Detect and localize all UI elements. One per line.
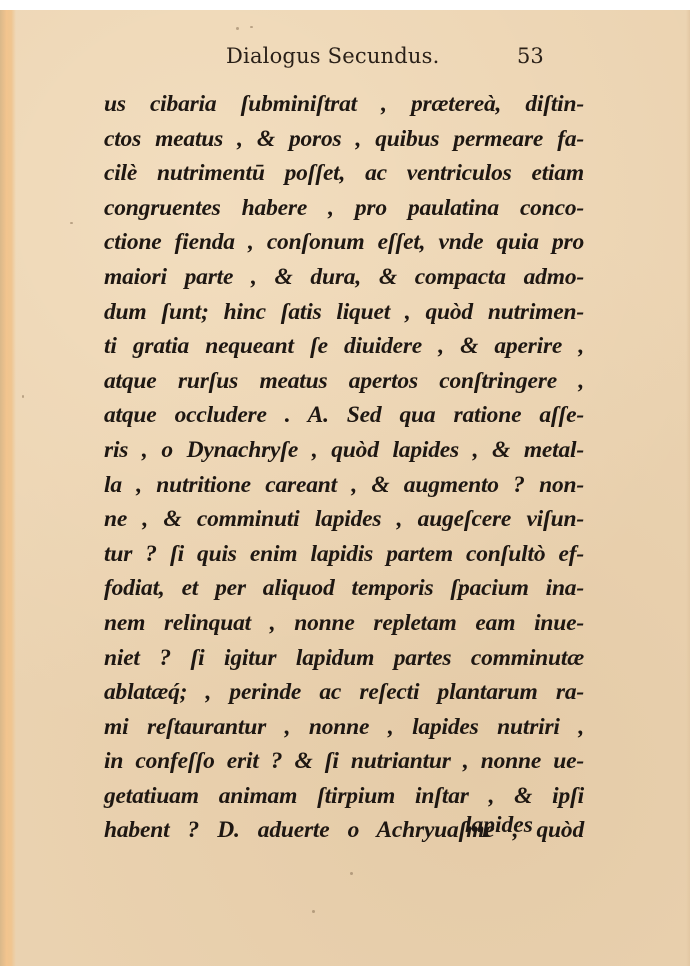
body-text: us cibaria ſubminiſtrat , prætereà, diſt… — [104, 87, 584, 848]
text-line: tur ? ſi quis enim lapidis partem conſul… — [104, 537, 584, 572]
text-line: us cibaria ſubminiſtrat , prætereà, diſt… — [104, 87, 584, 122]
paper-speck — [350, 872, 353, 875]
text-line: maiori parte , & dura, & compacta admo- — [104, 260, 584, 295]
text-line: ne , & comminuti lapides , augeſcere viſ… — [104, 502, 584, 537]
text-line: getatiuam animam ſtirpium inſtar , & ipſ… — [104, 779, 584, 814]
text-line: ablatæq́; , perinde ac reſecti plantarum… — [104, 675, 584, 710]
page-edge — [686, 10, 690, 966]
page-gutter-stain — [0, 10, 16, 966]
text-line: ctione fienda , conſonum eſſet, vnde qui… — [104, 225, 584, 260]
running-head: Dialogus Secundus. — [226, 44, 440, 68]
text-line: atque rurſus meatus apertos conſtringere… — [104, 364, 584, 399]
catchword: lapides — [465, 812, 533, 839]
text-line: ti gratia nequeant ſe diuidere , & aperi… — [104, 329, 584, 364]
text-line: la , nutritione careant , & augmento ? n… — [104, 468, 584, 503]
text-line: atque occludere . A. Sed qua ratione aſſ… — [104, 398, 584, 433]
text-line: nem relinquat , nonne repletam eam inue- — [104, 606, 584, 641]
paper-speck — [22, 395, 24, 398]
text-line: cilè nutrimentū poſſet, ac ventriculos e… — [104, 156, 584, 191]
text-line: congruentes habere , pro paulatina conco… — [104, 191, 584, 226]
text-line: fodiat, et per aliquod temporis ſpacium … — [104, 571, 584, 606]
text-line: dum ſunt; hinc ſatis liquet , quòd nutri… — [104, 295, 584, 330]
text-line: in confeſſo erit ? & ſi nutriantur , non… — [104, 744, 584, 779]
paper-speck — [236, 27, 239, 30]
paper-speck — [70, 222, 73, 224]
paper-speck — [312, 910, 315, 913]
page-number: 53 — [517, 44, 544, 68]
text-line: ctos meatus , & poros , quibus permeare … — [104, 122, 584, 157]
paper-speck — [250, 26, 253, 28]
text-line: niet ? ſi igitur lapidum partes comminut… — [104, 641, 584, 676]
text-line: mi reſtaurantur , nonne , lapides nutrir… — [104, 710, 584, 745]
text-line: ris , o Dynachryſe , quòd lapides , & me… — [104, 433, 584, 468]
